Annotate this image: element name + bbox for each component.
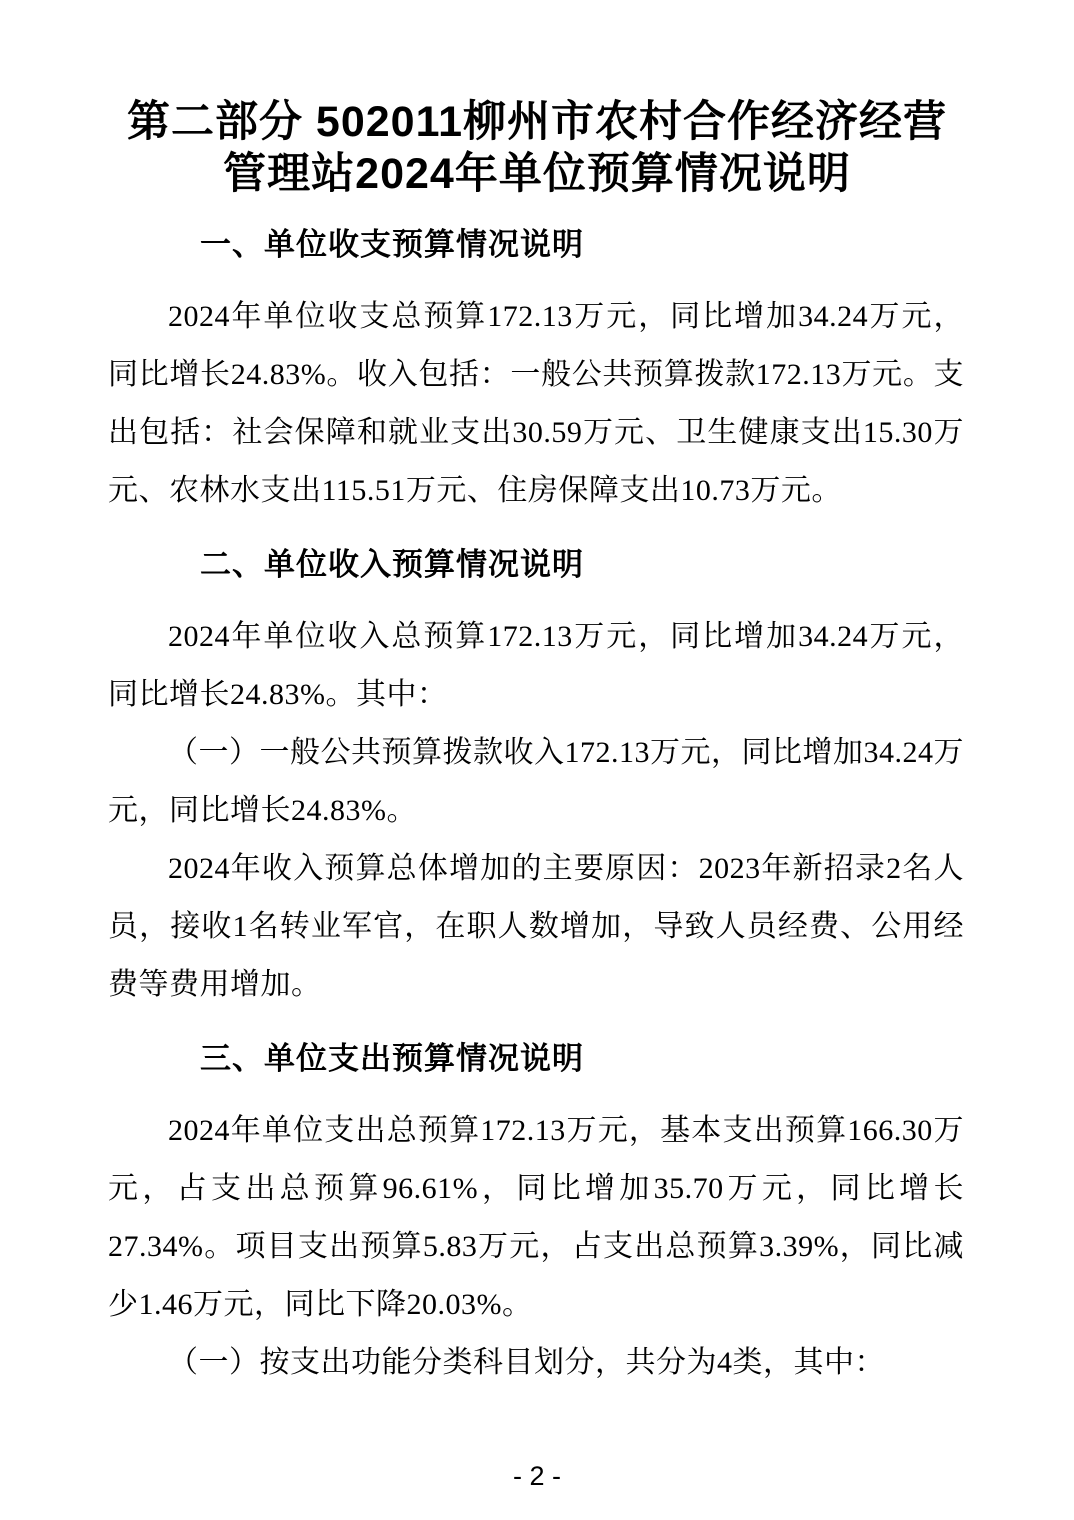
document-title-line2: 管理站2024年单位预算情况说明 (84, 148, 990, 200)
paragraph: 2024年单位收入总预算172.13万元，同比增加34.24万元，同比增长24.… (108, 608, 964, 724)
paragraph: （一）一般公共预算拨款收入172.13万元，同比增加34.24万元，同比增长24… (108, 724, 964, 840)
paragraph: 2024年单位支出总预算172.13万元，基本支出预算166.30万元，占支出总… (108, 1102, 964, 1334)
document-title-line1: 第二部分 502011柳州市农村合作经济经营 (84, 96, 990, 148)
document-body: 一、单位收支预算情况说明 2024年单位收支总预算172.13万元，同比增加34… (0, 216, 1074, 1392)
document-page: 第二部分 502011柳州市农村合作经济经营 管理站2024年单位预算情况说明 … (0, 0, 1074, 1520)
section-heading-income: 二、单位收入预算情况说明 (108, 536, 964, 594)
page-number: - 2 - (0, 1461, 1074, 1492)
paragraph: （一）按支出功能分类科目划分，共分为4类，其中： (108, 1334, 964, 1392)
document-title: 第二部分 502011柳州市农村合作经济经营 管理站2024年单位预算情况说明 (84, 96, 990, 200)
paragraph: 2024年收入预算总体增加的主要原因：2023年新招录2名人员，接收1名转业军官… (108, 840, 964, 1014)
paragraph: 2024年单位收支总预算172.13万元，同比增加34.24万元，同比增长24.… (108, 288, 964, 520)
section-heading-income-expense: 一、单位收支预算情况说明 (108, 216, 964, 274)
section-heading-expense: 三、单位支出预算情况说明 (108, 1030, 964, 1088)
